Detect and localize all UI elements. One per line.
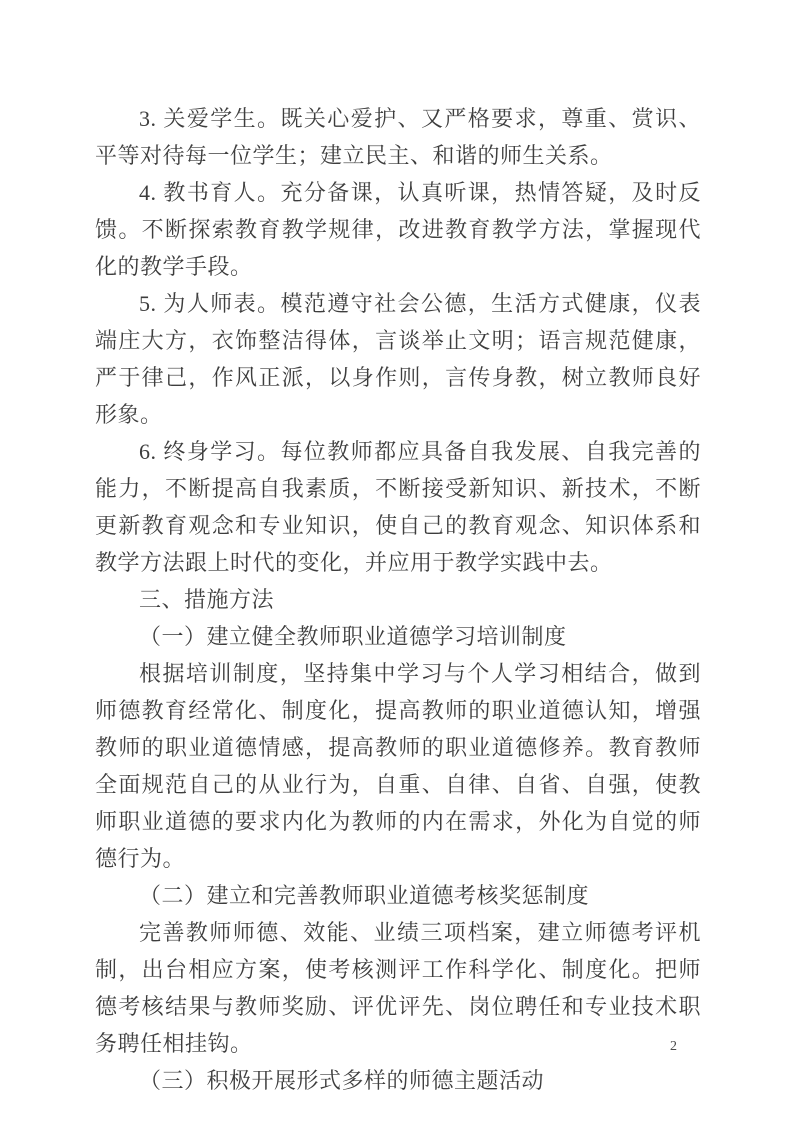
- paragraph-assessment: 完善教师师德、效能、业绩三项档案，建立师德考评机制，出台相应方案，使考核测评工作…: [95, 914, 701, 1062]
- sub-heading-1: （一）建立健全教师职业道德学习培训制度: [95, 618, 701, 655]
- list-item-6: 6. 终身学习。每位教师都应具备自我发展、自我完善的能力，不断提高自我素质，不断…: [95, 433, 701, 581]
- document-body: 3. 关爱学生。既关心爱护、又严格要求，尊重、赏识、平等对待每一位学生；建立民主…: [95, 100, 701, 1099]
- page-number: 2: [670, 1039, 677, 1055]
- sub-heading-2: （二）建立和完善教师职业道德考核奖惩制度: [95, 877, 701, 914]
- section-heading-measures: 三、措施方法: [95, 581, 701, 618]
- document-page: 3. 关爱学生。既关心爱护、又严格要求，尊重、赏识、平等对待每一位学生；建立民主…: [0, 0, 794, 1123]
- list-item-4: 4. 教书育人。充分备课，认真听课，热情答疑，及时反馈。不断探索教育教学规律，改…: [95, 174, 701, 285]
- list-item-3: 3. 关爱学生。既关心爱护、又严格要求，尊重、赏识、平等对待每一位学生；建立民主…: [95, 100, 701, 174]
- paragraph-training: 根据培训制度，坚持集中学习与个人学习相结合，做到师德教育经常化、制度化，提高教师…: [95, 655, 701, 877]
- list-item-5: 5. 为人师表。模范遵守社会公德，生活方式健康，仪表端庄大方，衣饰整洁得体，言谈…: [95, 285, 701, 433]
- sub-heading-3: （三）积极开展形式多样的师德主题活动: [95, 1062, 701, 1099]
